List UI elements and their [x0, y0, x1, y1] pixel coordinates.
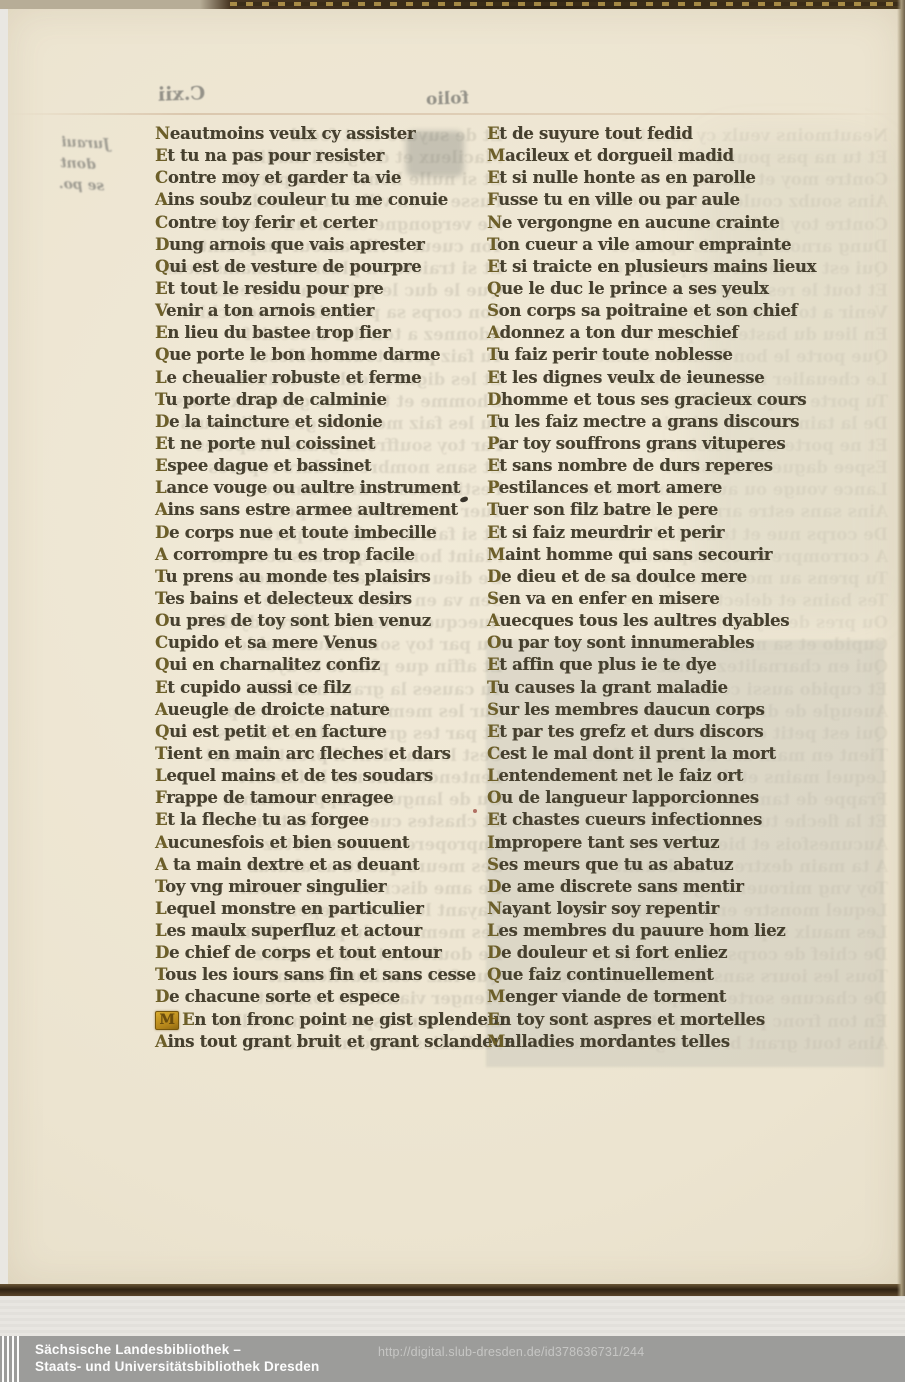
verse-line: Qui est de vesture de pourpre — [155, 256, 490, 278]
verse-line: De chacune sorte et espece — [155, 986, 490, 1008]
tinted-initial: T — [155, 965, 165, 984]
tinted-initial: E — [487, 523, 499, 542]
verse-line: Auecques tous les aultres dyables — [487, 610, 889, 632]
tinted-initial: D — [487, 390, 501, 409]
tinted-initial: S — [487, 589, 499, 608]
tinted-initial: M — [487, 1032, 505, 1051]
tinted-initial: D — [487, 877, 501, 896]
tinted-initial: E — [487, 722, 499, 741]
verse-line: Qui en charnalitez confiz — [155, 654, 490, 676]
verse-line: Qui est petit et en facture — [155, 721, 490, 743]
tinted-initial: E — [155, 678, 167, 697]
verse-line: MEn ton fronc point ne gist splendeur — [155, 1009, 490, 1031]
verse-line: Et tout le residu pour pre — [155, 278, 490, 300]
verse-line: Aucunesfois et bien souuent — [155, 832, 490, 854]
tinted-initial: D — [487, 567, 501, 586]
tinted-initial: D — [155, 523, 169, 542]
tinted-initial: M — [487, 987, 505, 1006]
verse-line: A ta main dextre et as deuant — [155, 854, 490, 876]
verse-line: Que le duc le prince a ses yeulx — [487, 278, 889, 300]
tinted-initial: Q — [155, 257, 169, 276]
verse-line: Dhomme et tous ses gracieux cours — [487, 389, 889, 411]
tinted-initial: V — [155, 301, 166, 320]
verse-line: Et si nulle honte as en parolle — [487, 167, 889, 189]
verse-line: De ame discrete sans mentir — [487, 876, 889, 898]
verse-line: A corrompre tu es trop facile — [155, 544, 490, 566]
tinted-initial: A — [155, 700, 168, 719]
verse-line: Tu causes la grant maladie — [487, 677, 889, 699]
verse-line: Contre moy et garder ta vie — [155, 167, 490, 189]
verse-line: Venir a ton arnois entier — [155, 300, 490, 322]
tinted-initial: Q — [487, 965, 501, 984]
verse-line: Sen va en enfer en misere — [487, 588, 889, 610]
tinted-initial: T — [487, 500, 497, 519]
verse-line: Ains sans estre armee aultrement — [155, 499, 490, 521]
verse-line: Menger viande de torment — [487, 986, 889, 1008]
tinted-initial: O — [155, 611, 169, 630]
verse-line: Tous les iours sans fin et sans cesse — [155, 964, 490, 986]
verse-line: Fusse tu en ville ou par aule — [487, 189, 889, 211]
tinted-initial: Q — [155, 345, 169, 364]
verse-column-right: Et de suyure tout fedidMacileux et dorgu… — [487, 123, 889, 1053]
tinted-initial: O — [487, 633, 501, 652]
verse-line: Les membres du pauure hom liez — [487, 920, 889, 942]
verse-line: En toy sont aspres et mortelles — [487, 1009, 889, 1031]
verse-line: Macileux et dorgueil madid — [487, 145, 889, 167]
tinted-initial: E — [487, 810, 499, 829]
tinted-initial: E — [487, 124, 499, 143]
verse-line: Et sans nombre de durs reperes — [487, 455, 889, 477]
tinted-initial: L — [155, 368, 166, 387]
tinted-initial: Q — [487, 279, 501, 298]
tinted-initial: T — [155, 877, 165, 896]
verse-line: Tes bains et delecteux desirs — [155, 588, 490, 610]
verse-line: Et ne porte nul coissinet — [155, 433, 490, 455]
tinted-initial: E — [155, 323, 167, 342]
folio-label-showthrough: folio — [426, 88, 470, 109]
verse-line: De corps nue et toute imbecille — [155, 522, 490, 544]
verse-line: Que porte le bon homme darme — [155, 344, 490, 366]
verse-line: Ne vergongne en aucune crainte — [487, 212, 889, 234]
tinted-initial: P — [487, 478, 499, 497]
verse-line: Et si faiz meurdrir et perir — [487, 522, 889, 544]
verse-line: Frappe de tamour enragee — [155, 787, 490, 809]
verse-line: Lequel monstre en particulier — [155, 898, 490, 920]
tinted-initial: T — [487, 235, 497, 254]
tinted-initial: F — [155, 788, 166, 807]
verse-line: Les maulx superfluz et actour — [155, 920, 490, 942]
verse-line: Tu prens au monde tes plaisirs — [155, 566, 490, 588]
verse-line: Cupido et sa mere Venus — [155, 632, 490, 654]
tinted-initial: D — [155, 235, 169, 254]
tinted-initial: I — [487, 833, 494, 852]
verse-line: Et les dignes veulx de ieunesse — [487, 367, 889, 389]
tinted-initial: E — [155, 434, 167, 453]
verse-line: Et affin que plus ie te dye — [487, 654, 889, 676]
red-speck — [473, 809, 477, 813]
tinted-initial: D — [155, 412, 169, 431]
book-bottom-edge — [0, 1284, 905, 1296]
verse-line: Ton cueur a vile amour emprainte — [487, 234, 889, 256]
tinted-initial: S — [487, 700, 499, 719]
tinted-initial: N — [487, 213, 502, 232]
verse-line: Et chastes cueurs infectionnes — [487, 809, 889, 831]
verse-line: Cest le mal dont il prent la mort — [487, 743, 889, 765]
illuminated-initial: M — [155, 1011, 179, 1030]
verse-line: Et par tes grefz et durs discors — [487, 721, 889, 743]
verse-line: Neautmoins veulx cy assister — [155, 123, 490, 145]
tinted-initial: F — [487, 190, 498, 209]
verse-column-left: Neautmoins veulx cy assisterEt tu na pas… — [155, 123, 490, 1053]
paper-crease — [8, 113, 900, 115]
library-name-line2: Staats- und Universitätsbibliothek Dresd… — [35, 1359, 319, 1376]
tinted-initial: A — [155, 833, 168, 852]
verse-line: De dieu et de sa doulce mere — [487, 566, 889, 588]
tinted-initial: C — [155, 213, 168, 232]
verse-line: Maint homme qui sans secourir — [487, 544, 889, 566]
verse-line: Tu porte drap de calminie — [155, 389, 490, 411]
tinted-initial: M — [487, 545, 505, 564]
verse-line: Son corps sa poitraine et son chief — [487, 300, 889, 322]
tinted-initial: C — [155, 633, 168, 652]
tinted-initial: L — [487, 921, 498, 940]
tinted-initial: E — [155, 810, 167, 829]
marginalia-line: se po. — [58, 174, 129, 199]
verse-line: Par toy souffrons grans vituperes — [487, 433, 889, 455]
slub-logo — [2, 1336, 22, 1382]
tinted-initial: A — [155, 545, 168, 564]
verse-line: Ou pres de toy sont bien venuz — [155, 610, 490, 632]
tinted-initial: M — [487, 146, 505, 165]
tinted-initial: Q — [155, 655, 169, 674]
verse-line: Sur les membres daucun corps — [487, 699, 889, 721]
verse-line: Pestilances et mort amere — [487, 477, 889, 499]
footer-bar: Sächsische Landesbibliothek – Staats- un… — [0, 1336, 905, 1382]
tinted-initial: T — [155, 390, 165, 409]
tinted-initial: P — [487, 434, 499, 453]
folio-number-showthrough: C.xii — [158, 82, 206, 106]
source-url: http://digital.slub-dresden.de/id3786367… — [378, 1345, 644, 1359]
verse-line: Et cupido aussi ce filz — [155, 677, 490, 699]
tinted-initial: T — [155, 744, 167, 763]
page-right-edge — [897, 0, 905, 1296]
tinted-initial: E — [487, 168, 499, 187]
tinted-initial: L — [155, 921, 166, 940]
verse-line: Ains soubz couleur tu me conuie — [155, 189, 490, 211]
verse-line: Tu faiz perir toute noblesse — [487, 344, 889, 366]
tinted-initial: O — [487, 788, 501, 807]
tinted-initial: A — [487, 611, 500, 630]
verse-line: Contre toy ferir et certer — [155, 212, 490, 234]
scanned-book-page: Et de suyure tout fedidMacileux et dorgu… — [0, 0, 905, 1382]
verse-line: De douleur et si fort enliez — [487, 942, 889, 964]
tinted-initial: A — [155, 500, 168, 519]
tinted-initial: N — [487, 899, 502, 918]
verse-line: Et si traicte en plusieurs mains lieux — [487, 256, 889, 278]
tinted-initial: L — [155, 899, 166, 918]
verse-line: De chief de corps et tout entour — [155, 942, 490, 964]
verse-line: Aueugle de droicte nature — [155, 699, 490, 721]
tinted-initial: S — [487, 855, 499, 874]
manuscript-page: Et de suyure tout fedidMacileux et dorgu… — [8, 9, 900, 1286]
verse-line: Tu les faiz mectre a grans discours — [487, 411, 889, 433]
book-top-gilt-edge — [0, 0, 905, 9]
tinted-initial: D — [155, 987, 169, 1006]
verse-line: Adonnez a ton dur meschief — [487, 322, 889, 344]
verse-line: Et la fleche tu as forgee — [155, 809, 490, 831]
tinted-initial: D — [155, 943, 169, 962]
cradle-cloth — [0, 1296, 905, 1336]
tinted-initial: E — [155, 456, 167, 475]
verse-line: Que faiz continuellement — [487, 964, 889, 986]
library-name-line1: Sächsische Landesbibliothek – — [35, 1342, 319, 1359]
tinted-initial: T — [487, 678, 497, 697]
tinted-initial: A — [155, 1032, 168, 1051]
verse-line: De la taincture et sidonie — [155, 411, 490, 433]
verse-line: Lequel mains et de tes soudars — [155, 765, 490, 787]
tinted-initial: E — [487, 257, 499, 276]
verse-line: Lance vouge ou aultre instrument — [155, 477, 490, 499]
marginalia-showthrough: Juraui dont se po. — [58, 132, 131, 199]
verse-line: Tient en main arc fleches et dars — [155, 743, 490, 765]
tinted-initial: E — [487, 368, 499, 387]
verse-line: Nayant loysir soy repentir — [487, 898, 889, 920]
tinted-initial: L — [155, 766, 166, 785]
tinted-initial: E — [182, 1010, 194, 1029]
tinted-initial: E — [487, 456, 499, 475]
verse-line: Dung arnois que vais aprester — [155, 234, 490, 256]
tinted-initial: E — [155, 146, 167, 165]
verse-line: Tuer son filz batre le pere — [487, 499, 889, 521]
tinted-initial: C — [155, 168, 168, 187]
tinted-initial: T — [487, 345, 497, 364]
tinted-initial: T — [155, 589, 165, 608]
tinted-initial: E — [487, 1010, 499, 1029]
tinted-initial: N — [155, 124, 170, 143]
tinted-initial: T — [487, 412, 497, 431]
verse-line: Espee dague et bassinet — [155, 455, 490, 477]
tinted-initial: L — [155, 478, 166, 497]
tinted-initial: E — [487, 655, 499, 674]
tinted-initial: E — [155, 279, 167, 298]
verse-line: Lentendement net le faiz ort — [487, 765, 889, 787]
verse-line: Toy vng mirouer singulier — [155, 876, 490, 898]
tinted-initial: L — [487, 766, 498, 785]
verse-line: Et de suyure tout fedid — [487, 123, 889, 145]
tinted-initial: A — [487, 323, 500, 342]
tinted-initial: S — [487, 301, 499, 320]
verse-line: En lieu du bastee trop fier — [155, 322, 490, 344]
library-name: Sächsische Landesbibliothek – Staats- un… — [35, 1342, 319, 1375]
verse-line: Le cheualier robuste et ferme — [155, 367, 490, 389]
tinted-initial: Q — [155, 722, 169, 741]
verse-line: Impropere tant ses vertuz — [487, 832, 889, 854]
verse-line: Ou par toy sont innumerables — [487, 632, 889, 654]
verse-line: Ains tout grant bruit et grant sclandeur — [155, 1031, 490, 1053]
verse-line: Ou de langueur lapporcionnes — [487, 787, 889, 809]
tinted-initial: A — [155, 190, 168, 209]
verse-line: Malladies mordantes telles — [487, 1031, 889, 1053]
tinted-initial: A — [155, 855, 168, 874]
tinted-initial: D — [487, 943, 501, 962]
verse-line: Et tu na pas pour resister — [155, 145, 490, 167]
tinted-initial: C — [487, 744, 500, 763]
tinted-initial: T — [155, 567, 165, 586]
verse-line: Ses meurs que tu as abatuz — [487, 854, 889, 876]
